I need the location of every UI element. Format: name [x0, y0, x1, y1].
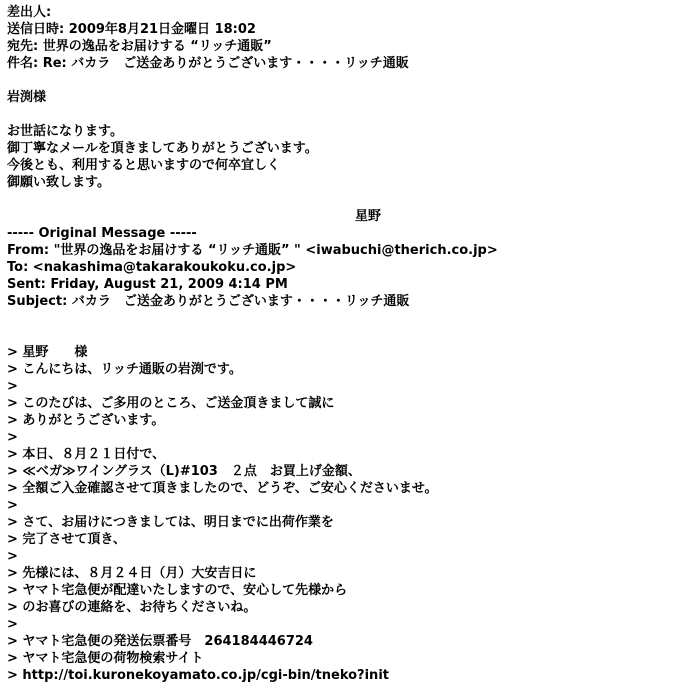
quoted-line: > のお喜びの連絡を、お待ちくださいね。	[7, 599, 700, 616]
original-message-separator: ----- Original Message -----	[7, 225, 700, 242]
quoted-line: > 全額ご入金確認させて頂きましたので、どうぞ、ご安心くださいませ。	[7, 480, 700, 497]
original-from-line: From: "世界の逸品をお届けする “リッチ通販” " <iwabuchi@t…	[7, 242, 700, 259]
quoted-line: > 星野 様	[7, 344, 700, 361]
header-subject-line: 件名: Re: バカラ ご送金ありがとうございます・・・・リッチ通販	[7, 55, 700, 72]
quoted-line: > 本日、８月２１日付で、	[7, 446, 700, 463]
blank-line	[7, 310, 700, 327]
quoted-line: > 完了させて頂き、	[7, 531, 700, 548]
quoted-line: > こんにちは、リッチ通販の岩渕です。	[7, 361, 700, 378]
quoted-line: > ヤマト宅急便が配達いたしますので、安心して先様から	[7, 582, 700, 599]
quoted-line: >	[7, 616, 700, 633]
quoted-line: > さて、お届けにつきましては、明日までに出荷作業を	[7, 514, 700, 531]
quoted-line-item: > ≪ベガ≫ワイングラス（L)#103 ２点 お買上げ金額、	[7, 463, 700, 480]
quoted-line-tracking-number: > ヤマト宅急便の発送伝票番号 264184446724	[7, 633, 700, 650]
body-line: 今後とも、利用すると思いますので何卒宜しく	[7, 157, 700, 174]
greeting-line: 岩渕様	[7, 89, 700, 106]
signature-line: 星野	[7, 208, 700, 225]
quoted-line-tracking-url: > http://toi.kuronekoyamato.co.jp/cgi-bi…	[7, 667, 700, 684]
header-to-line: 宛先: 世界の逸品をお届けする “リッチ通販”	[7, 38, 700, 55]
quoted-line: > 先様には、８月２４日（月）大安吉日に	[7, 565, 700, 582]
body-line: お世話になります。	[7, 123, 700, 140]
original-sent-line: Sent: Friday, August 21, 2009 4:14 PM	[7, 276, 700, 293]
header-sent-line: 送信日時: 2009年8月21日金曜日 18:02	[7, 21, 700, 38]
header-from-line: 差出人:	[7, 4, 700, 21]
quoted-line: > ありがとうございます。	[7, 412, 700, 429]
quoted-line: > このたびは、ご多用のところ、ご送金頂きまして誠に	[7, 395, 700, 412]
quoted-line: >	[7, 497, 700, 514]
quoted-line: >	[7, 378, 700, 395]
blank-line	[7, 327, 700, 344]
quoted-line: >	[7, 548, 700, 565]
body-line: 御丁寧なメールを頂きましてありがとうございます。	[7, 140, 700, 157]
quoted-line: >	[7, 429, 700, 446]
blank-line	[7, 191, 700, 208]
blank-line	[7, 72, 700, 89]
original-subject-line: Subject: バカラ ご送金ありがとうございます・・・・リッチ通販	[7, 293, 700, 310]
blank-line	[7, 106, 700, 123]
original-to-line: To: <nakashima@takarakoukoku.co.jp>	[7, 259, 700, 276]
email-message-view: 差出人: 送信日時: 2009年8月21日金曜日 18:02 宛先: 世界の逸品…	[0, 0, 700, 700]
body-line: 御願い致します。	[7, 174, 700, 191]
quoted-line-tracking-site-label: > ヤマト宅急便の荷物検索サイト	[7, 650, 700, 667]
